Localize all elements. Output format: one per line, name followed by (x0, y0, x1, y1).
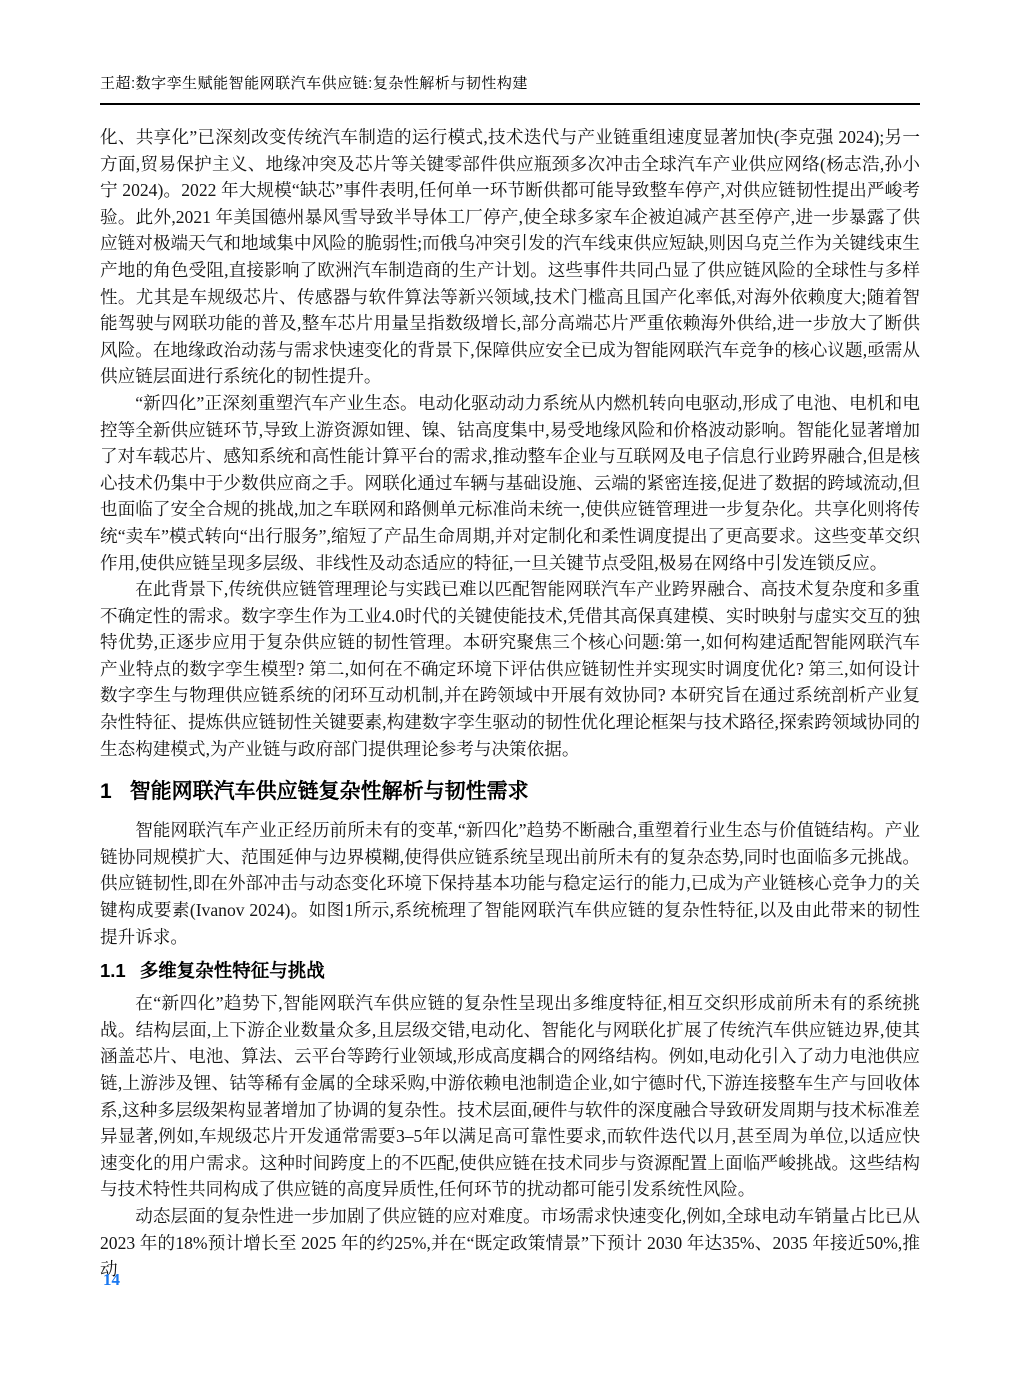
paragraph-multidimensional-complexity: 在“新四化”趋势下,智能网联汽车供应链的复杂性呈现出多维度特征,相互交织形成前所… (100, 990, 920, 1203)
section-1-heading: 1智能网联汽车供应链复杂性解析与韧性需求 (100, 777, 920, 807)
paragraph-section1-overview: 智能网联汽车产业正经历前所未有的变革,“新四化”趋势不断融合,重塑着行业生态与价… (100, 817, 920, 950)
running-header: 王超:数字孪生赋能智能网联汽车供应链:复杂性解析与韧性构建 (100, 74, 920, 94)
paper-page: 王超:数字孪生赋能智能网联汽车供应链:复杂性解析与韧性构建 化、共享化”已深刻改… (0, 0, 1020, 1375)
paragraph-intro-continuation: 化、共享化”已深刻改变传统汽车制造的运行模式,技术迭代与产业链重组速度显著加快(… (100, 124, 920, 390)
paragraph-new-four-modernizations: “新四化”正深刻重塑汽车产业生态。电动化驱动动力系统从内燃机转向电驱动,形成了电… (100, 390, 920, 576)
subsection-1-1-number: 1.1 (100, 960, 126, 981)
paragraph-research-questions: 在此背景下,传统供应链管理理论与实践已难以匹配智能网联汽车产业跨界融合、高技术复… (100, 576, 920, 762)
subsection-1-1-title: 多维复杂性特征与挑战 (140, 960, 325, 981)
page-content: 王超:数字孪生赋能智能网联汽车供应链:复杂性解析与韧性构建 化、共享化”已深刻改… (0, 74, 1020, 1283)
page-number: 14 (103, 1270, 120, 1290)
paragraph-dynamic-complexity: 动态层面的复杂性进一步加剧了供应链的应对难度。市场需求快速变化,例如,全球电动车… (100, 1203, 920, 1283)
section-1-number: 1 (100, 780, 112, 803)
subsection-1-1-heading: 1.1多维复杂性特征与挑战 (100, 958, 920, 984)
header-rule (100, 103, 920, 105)
body-text: 化、共享化”已深刻改变传统汽车制造的运行模式,技术迭代与产业链重组速度显著加快(… (100, 124, 920, 1283)
section-1-title: 智能网联汽车供应链复杂性解析与韧性需求 (130, 780, 529, 803)
